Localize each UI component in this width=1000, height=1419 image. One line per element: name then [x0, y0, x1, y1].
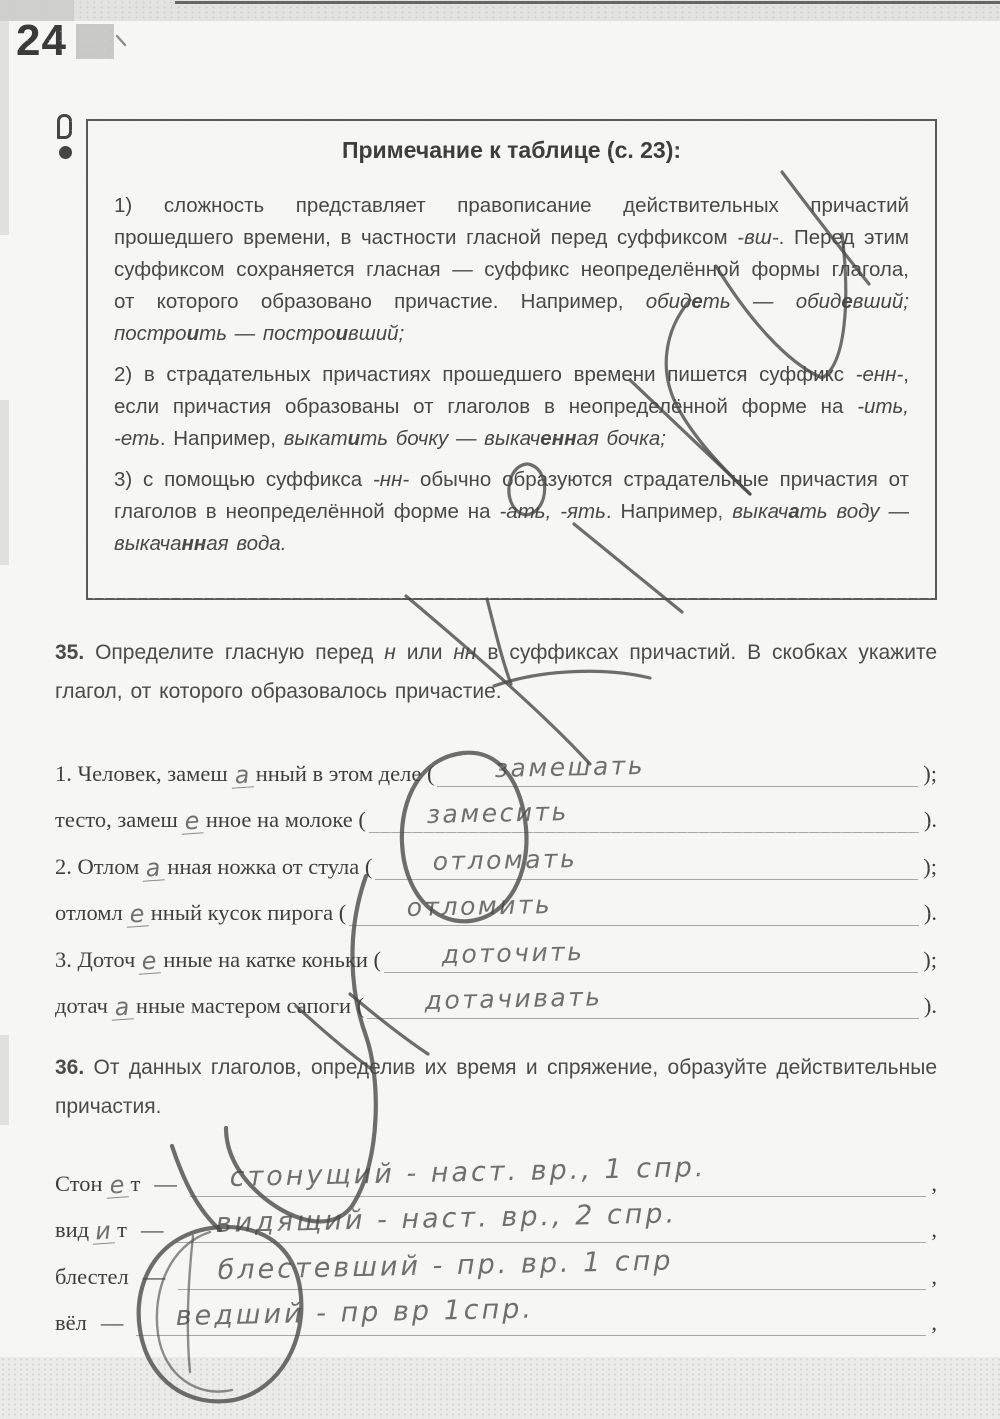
answer-blank-line: доточить: [384, 938, 918, 973]
row-label-pre: тесто, замеш: [55, 807, 178, 832]
inserted-letter: е: [125, 901, 149, 927]
handwritten-answer: стонущий - наст. вр., 1 спр.: [229, 1152, 706, 1193]
row-closing: ).: [924, 900, 937, 926]
row-closing: ,: [931, 1310, 937, 1336]
answer-blank-line: отломать: [375, 845, 918, 880]
row-label-pre: блестел: [55, 1264, 129, 1289]
exercise-36-rows: Стонет — стонущий - наст. вр., 1 спр. , …: [55, 1150, 937, 1336]
note-marker-icon: [57, 114, 72, 139]
row-label-pre: Стон: [55, 1171, 103, 1196]
exercise-row: 1. Человек, замешанный в этом деле ( зам…: [55, 740, 937, 787]
row-label: тесто, замешенное на молоке (: [55, 807, 366, 833]
answer-blank-line: отломить: [349, 891, 919, 926]
inserted-letter: а: [110, 994, 134, 1020]
task-36-instruction: 36. От данных глаголов, определив их вре…: [55, 1048, 937, 1126]
dash: —: [143, 1264, 166, 1290]
dash: —: [154, 1171, 177, 1197]
answer-row: видит — видящий - наст. вр., 2 спр. ,: [55, 1197, 937, 1244]
note-marker-dot-icon: [59, 146, 72, 159]
answer-blank-line: замешать: [437, 752, 918, 787]
row-label-pre: вид: [55, 1217, 89, 1242]
row-label: 3. Доточенные на катке коньки (: [55, 947, 381, 973]
handwritten-answer: дотачивать: [425, 982, 603, 1015]
row-label-pre: дотач: [55, 993, 108, 1018]
scan-left-edge: [0, 400, 9, 565]
row-label: 1. Человек, замешанный в этом деле (: [55, 761, 434, 787]
exercise-row: дотачанные мастером сапоги ( дотачивать …: [55, 973, 937, 1020]
answer-row: вёл — ведший - пр вр 1спр. ,: [55, 1290, 937, 1337]
row-label-pre: 3. Доточ: [55, 947, 135, 972]
row-closing: ,: [931, 1264, 937, 1290]
row-label-pre: отломл: [55, 900, 123, 925]
workbook-page: 24 Примечание к таблице (с. 23): 1) слож…: [0, 0, 1000, 1419]
row-label: видит: [55, 1217, 127, 1243]
exercise-row: отломленный кусок пирога ( отломить ).: [55, 880, 937, 927]
row-closing: );: [923, 761, 937, 787]
note-box-title: Примечание к таблице (с. 23):: [114, 137, 909, 164]
handwritten-answer: видящий - наст. вр., 2 спр.: [216, 1198, 678, 1239]
row-closing: ,: [931, 1171, 937, 1197]
handwritten-answer: отломать: [433, 843, 578, 875]
inserted-letter: а: [141, 855, 165, 881]
row-label-post: нный кусок пирога (: [151, 900, 346, 925]
row-closing: ).: [924, 993, 937, 1019]
inserted-letter: е: [105, 1172, 129, 1198]
handwritten-answer: отломить: [407, 890, 553, 922]
scan-left-edge: [0, 0, 9, 235]
row-closing: ,: [931, 1217, 937, 1243]
handwritten-answer: замесить: [426, 797, 569, 829]
exercise-row: 3. Доточенные на катке коньки ( доточить…: [55, 926, 937, 973]
exercise-35-rows: 1. Человек, замешанный в этом деле ( зам…: [55, 740, 937, 1019]
answer-row: блестел — блестевший - пр. вр. 1 спр ,: [55, 1243, 937, 1290]
task-35-instruction: 35. Определите гласную перед н или нн в …: [55, 633, 937, 711]
handwritten-answer: ведший - пр вр 1спр.: [176, 1294, 535, 1332]
answer-blank-line: ведший - пр вр 1спр.: [136, 1301, 926, 1336]
row-label-post: т: [117, 1217, 127, 1242]
answer-blank-line: стонущий - наст. вр., 1 спр.: [190, 1162, 926, 1197]
note-paragraph-2: 2) в страдательных причастиях прошедшего…: [114, 359, 909, 455]
handwritten-answer: замешать: [495, 750, 646, 782]
inserted-letter: е: [137, 948, 161, 974]
row-label: дотачанные мастером сапоги (: [55, 993, 364, 1019]
row-closing: );: [923, 854, 937, 880]
answer-blank-line: замесить: [369, 798, 919, 833]
handwritten-answer: доточить: [441, 937, 584, 969]
inserted-letter: и: [91, 1218, 115, 1244]
scan-top-edge-line: [175, 1, 1000, 4]
note-paragraph-1: 1) сложность представляет правописание д…: [114, 190, 909, 350]
note-box: Примечание к таблице (с. 23): 1) сложнос…: [86, 119, 937, 600]
exercise-row: 2. Отломанная ножка от стула ( отломать …: [55, 833, 937, 880]
scan-gray-square: [76, 24, 114, 59]
row-label: Стонет: [55, 1171, 140, 1197]
row-label-post: нное на молоке (: [206, 807, 366, 832]
row-label-post: нные мастером сапоги (: [136, 993, 364, 1018]
dash: —: [101, 1310, 124, 1336]
row-label: вёл: [55, 1310, 87, 1336]
row-label: отломленный кусок пирога (: [55, 900, 346, 926]
row-label-post: нные на катке коньки (: [163, 947, 381, 972]
row-label-post: нный в этом деле (: [256, 761, 435, 786]
answer-row: Стонет — стонущий - наст. вр., 1 спр. ,: [55, 1150, 937, 1197]
row-label-post: нная ножка от стула (: [167, 854, 372, 879]
page-number: 24: [16, 16, 67, 66]
row-label-pre: вёл: [55, 1310, 87, 1335]
answer-blank-line: дотачивать: [367, 984, 919, 1019]
row-label-pre: 2. Отлом: [55, 854, 139, 879]
inserted-letter: е: [180, 808, 204, 834]
row-closing: );: [923, 947, 937, 973]
row-label: блестел: [55, 1264, 129, 1290]
note-paragraph-3: 3) с помощью суффикса -нн- обычно образу…: [114, 464, 909, 560]
scan-bottom-noise: [0, 1357, 1000, 1419]
answer-blank-line: видящий - наст. вр., 2 спр.: [176, 1208, 926, 1243]
answer-blank-line: блестевший - пр. вр. 1 спр: [178, 1255, 926, 1290]
handwritten-answer: блестевший - пр. вр. 1 спр: [218, 1245, 674, 1286]
exercise-row: тесто, замешенное на молоке ( замесить )…: [55, 787, 937, 834]
row-label-pre: 1. Человек, замеш: [55, 761, 228, 786]
row-label-post: т: [131, 1171, 141, 1196]
dash: —: [141, 1217, 164, 1243]
row-closing: ).: [924, 807, 937, 833]
inserted-letter: а: [230, 762, 254, 788]
row-label: 2. Отломанная ножка от стула (: [55, 854, 372, 880]
pencil-tick: [117, 36, 125, 45]
scan-left-edge: [0, 1035, 9, 1125]
